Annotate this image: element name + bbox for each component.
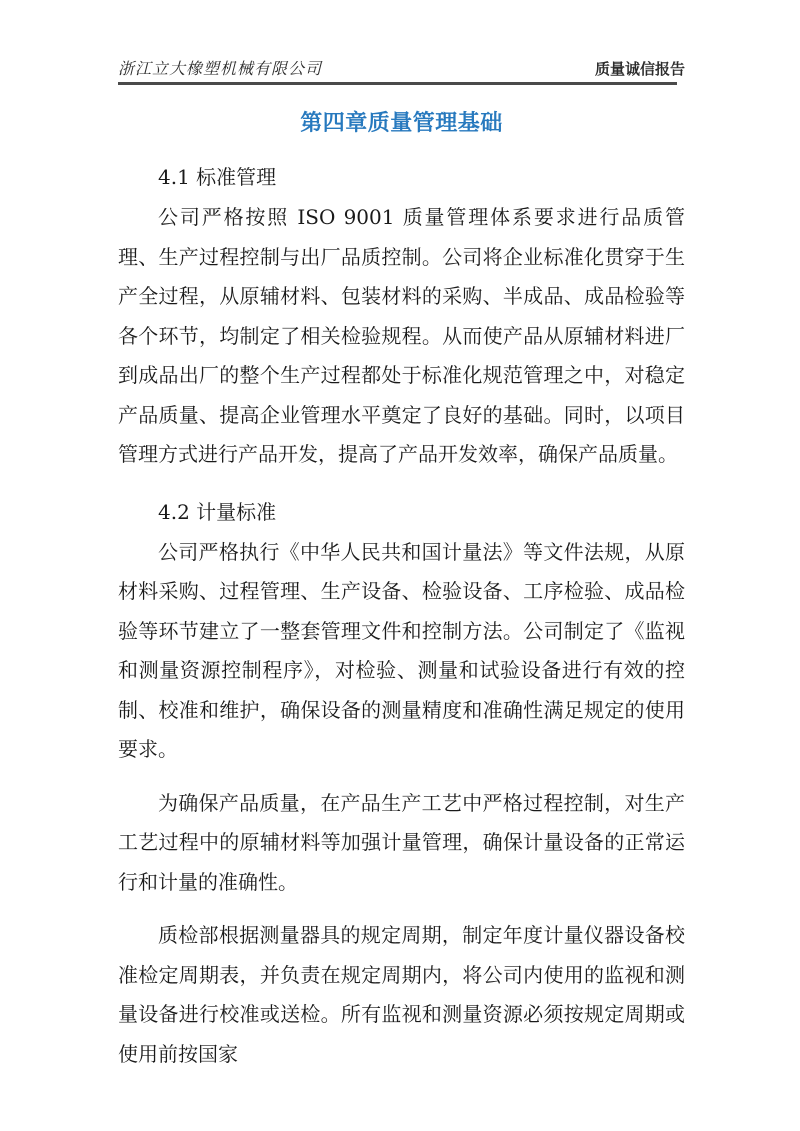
paragraph-metrology-standard: 公司严格执行《中华人民共和国计量法》等文件法规，从原材料采购、过程管理、生产设备… [118, 533, 685, 770]
paragraph-standard-management: 公司严格按照 ISO 9001 质量管理体系要求进行品质管理、生产过程控制与出厂… [118, 198, 685, 475]
chapter-title: 第四章质量管理基础 [118, 106, 685, 140]
page-header: 浙江立大橡塑机械有限公司 质量诚信报告 [118, 56, 685, 82]
header-company-name: 浙江立大橡塑机械有限公司 [118, 56, 322, 79]
document-page: 浙江立大橡塑机械有限公司 质量诚信报告 第四章质量管理基础 4.1 标准管理 公… [0, 0, 800, 1131]
header-report-title: 质量诚信报告 [595, 58, 685, 79]
paragraph-process-control: 为确保产品质量，在产品生产工艺中严格过程控制，对生产工艺过程中的原辅材料等加强计… [118, 784, 685, 903]
header-rule [118, 82, 677, 85]
paragraph-calibration-schedule: 质检部根据测量器具的规定周期，制定年度计量仪器设备校准检定周期表，并负责在规定周… [118, 916, 685, 1074]
section-heading-4-2: 4.2 计量标准 [118, 499, 685, 526]
section-heading-4-1: 4.1 标准管理 [118, 164, 685, 191]
